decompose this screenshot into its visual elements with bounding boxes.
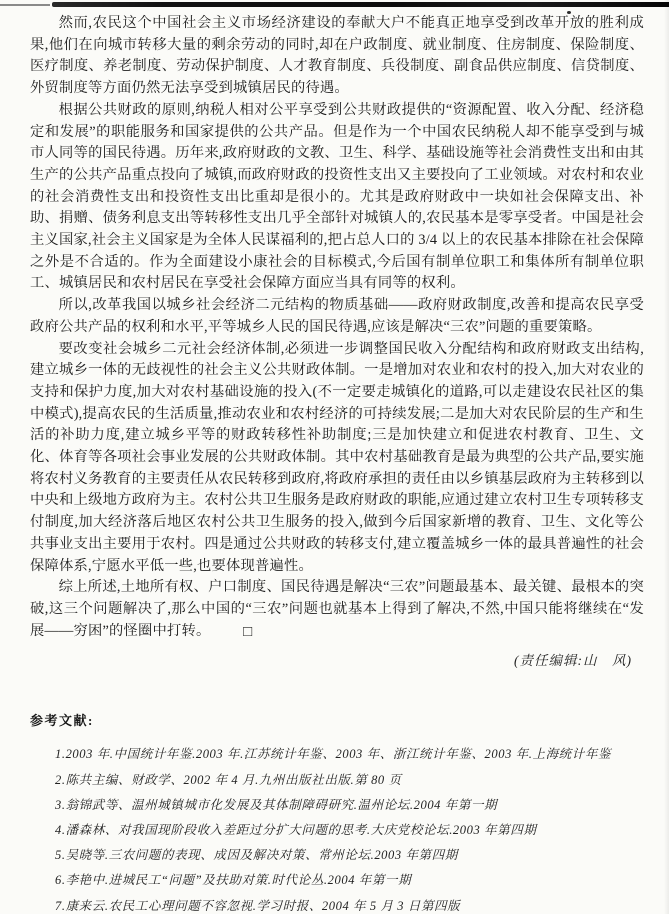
paragraph-text: 综上所述,土地所有权、户口制度、国民待遇是解决“三农”问题最基本、最关键、最根本… <box>30 579 644 638</box>
scan-edge-artifact <box>52 2 669 7</box>
article-body: 然而,农民这个中国社会主义市场经济建设的奉献大户不能真正地享受到改革开放的胜利成… <box>30 13 644 642</box>
reference-item: 2.陈共主编、财政学、2002 年 4 月.九州出版社出版.第 80 页 <box>55 768 644 793</box>
paragraph: 要改变社会城乡二元社会经济体制,必须进一步调整国民收入分配结构和政府财政支出结构… <box>30 339 644 578</box>
scan-edge-artifact-left <box>0 4 50 6</box>
end-of-article-mark: □ <box>215 622 253 644</box>
reference-item: 3.翁锦武等、温州城镇城市化发展及其体制障碍研究.温州论坛.2004 年第一期 <box>55 793 644 818</box>
reference-item: 5.吴晓等.三农问题的表现、成因及解决对策、常州论坛.2003 年第四期 <box>55 843 644 868</box>
paragraph: 然而,农民这个中国社会主义市场经济建设的奉献大户不能真正地享受到改革开放的胜利成… <box>30 13 644 100</box>
paragraph: 所以,改革我国以城乡社会经济二元结构的物质基础——政府财政制度,改善和提高农民享… <box>30 295 644 338</box>
references-heading: 参考文献: <box>30 710 644 729</box>
reference-item: 4.潘森林、对我国现阶段收入差距过分扩大问题的思考.大庆党校论坛.2003 年第… <box>55 818 644 843</box>
reference-item: 6.李艳中.进城民工“问题”及扶助对策.时代论丛.2004 年第一期 <box>55 868 644 893</box>
references-list: 1.2003 年.中国统计年鉴.2003 年.江苏统计年鉴、2003 年、浙江统… <box>30 742 644 914</box>
reference-item: 1.2003 年.中国统计年鉴.2003 年.江苏统计年鉴、2003 年、浙江统… <box>55 742 644 767</box>
page-edge-shadow <box>664 0 669 914</box>
paragraph: 根据公共财政的原则,纳税人相对公平享受到公共财政提供的“资源配置、收入分配、经济… <box>30 100 644 295</box>
document-page: 然而,农民这个中国社会主义市场经济建设的奉献大户不能真正地享受到改革开放的胜利成… <box>30 13 644 914</box>
editor-credit: (责任编辑:山 风) <box>30 649 644 669</box>
paragraph: 综上所述,土地所有权、户口制度、国民待遇是解决“三农”问题最基本、最关键、最根本… <box>30 577 644 642</box>
reference-item: 7.康来云.农民工心理问题不容忽视.学习时报、2004 年 5 月 3 日第四版 <box>55 894 644 914</box>
